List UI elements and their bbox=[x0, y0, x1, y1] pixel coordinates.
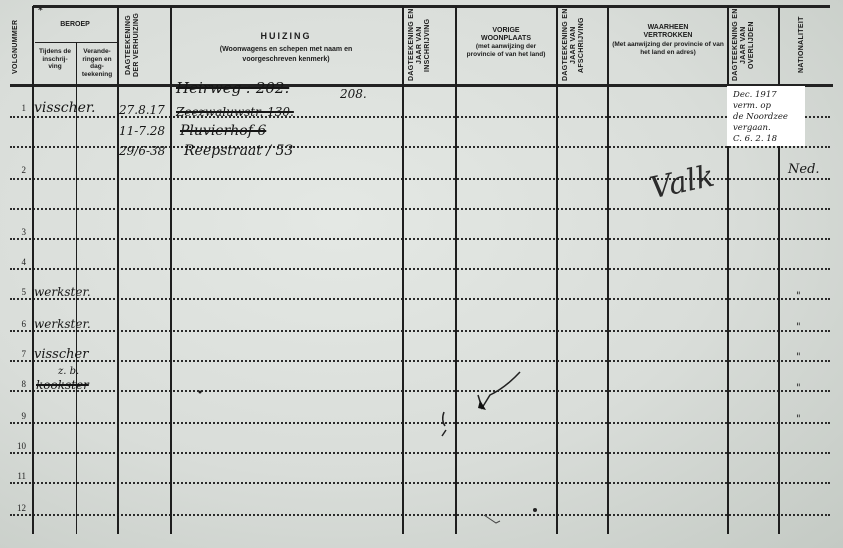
register-card: VOLGNUMMER * BEROEP Tijdens de inschrij-… bbox=[0, 0, 843, 548]
stray-pen-marks bbox=[0, 0, 843, 548]
